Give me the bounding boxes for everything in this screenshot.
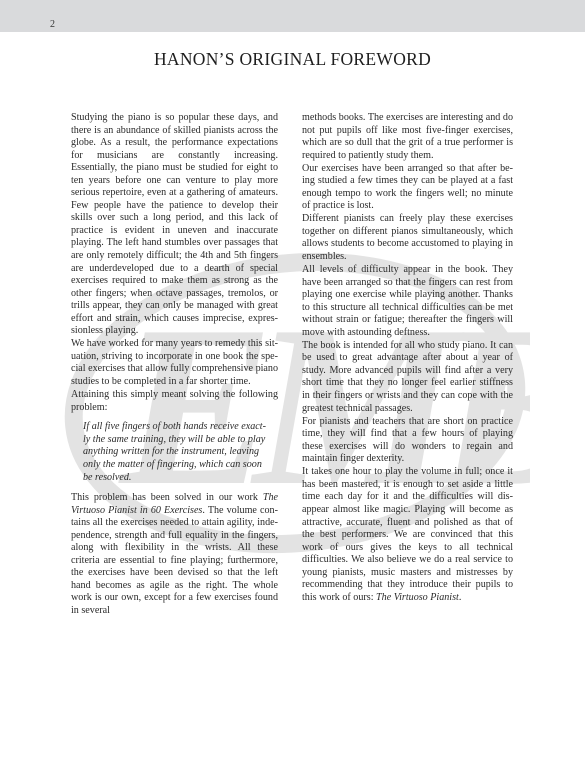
left-column: Studying the piano is so popular these d… <box>71 112 278 618</box>
text: . <box>459 592 462 603</box>
paragraph: For pianists and teachers that are short… <box>302 416 513 466</box>
text: This problem has been solved in our work <box>71 492 263 503</box>
paragraph: This problem has been solved in our work… <box>71 492 278 617</box>
paragraph: Different pianists can freely play these… <box>302 213 513 263</box>
book-title: The Virtuoso Pianist <box>376 592 459 603</box>
paragraph: Our exercises have been arranged so that… <box>302 163 513 213</box>
blockquote: If all five fingers of both hands receiv… <box>83 421 266 484</box>
right-column: methods books. The exercises are interes… <box>302 112 513 604</box>
paragraph: Studying the piano is so popular these d… <box>71 112 278 338</box>
page-header-bar: 2 <box>0 0 585 32</box>
paragraph: All levels of difficulty appear in the b… <box>302 264 513 339</box>
page-title: HANON’S ORIGINAL FOREWORD <box>0 49 585 70</box>
paragraph: Attaining this simply meant solving the … <box>71 389 278 414</box>
page-number: 2 <box>50 19 55 30</box>
text: . The volume con­tains all the exercises… <box>71 505 278 616</box>
paragraph: We have worked for many years to remedy … <box>71 338 278 388</box>
paragraph: The book is intended for all who study p… <box>302 340 513 415</box>
text: It takes one hour to play the volume in … <box>302 466 513 602</box>
paragraph: It takes one hour to play the volume in … <box>302 466 513 604</box>
paragraph: methods books. The exercises are interes… <box>302 112 513 162</box>
